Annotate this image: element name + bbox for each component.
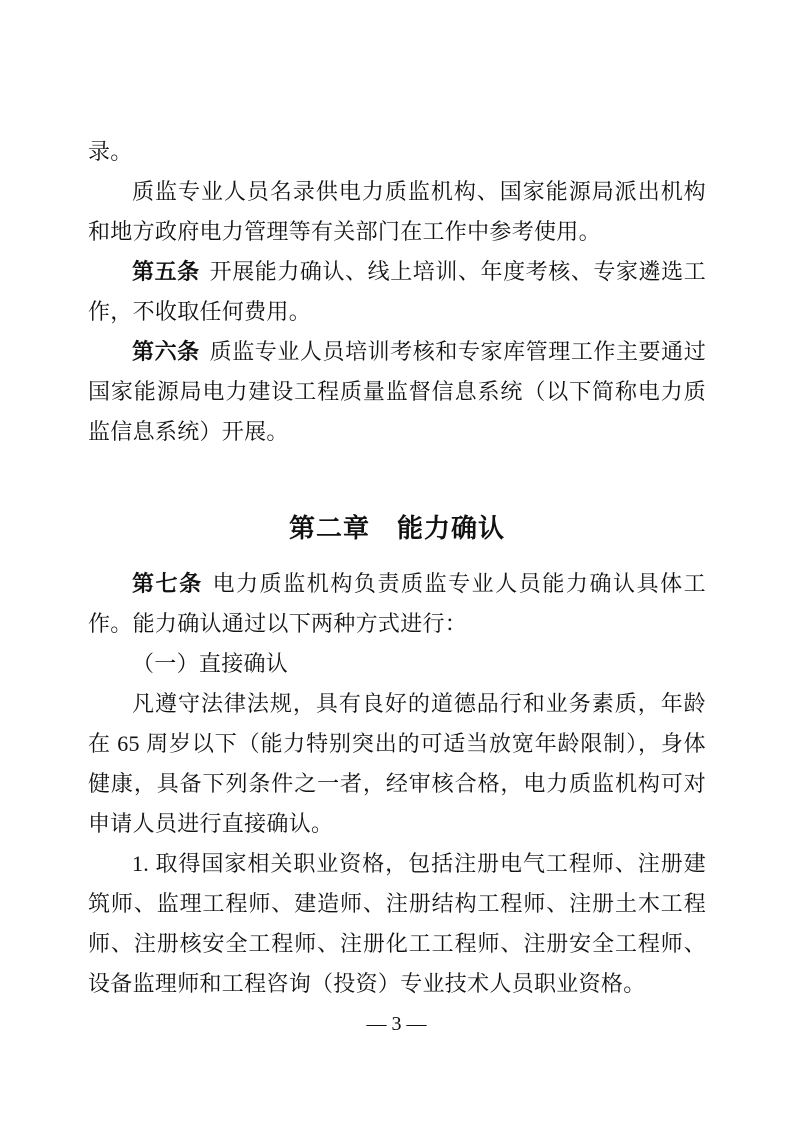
paragraph-continuation: 录。 (88, 132, 706, 172)
paragraph-text: 1. 取得国家相关职业资格，包括注册电气工程师、注册建筑师、监理工程师、建造师、… (88, 851, 706, 996)
article-number: 第六条 (132, 339, 200, 364)
paragraph-text: （一）直接确认 (132, 651, 288, 676)
paragraph-text: 录。 (88, 139, 133, 164)
paragraph: 凡遵守法律法规，具有良好的道德品行和业务素质，年龄在 65 周岁以下（能力特别突… (88, 684, 706, 844)
document-body: 录。 质监专业人员名录供电力质监机构、国家能源局派出机构和地方政府电力管理等有关… (88, 132, 706, 1004)
paragraph-article-6: 第六条质监专业人员培训考核和专家库管理工作主要通过国家能源局电力建设工程质量监督… (88, 332, 706, 452)
paragraph-text: 凡遵守法律法规，具有良好的道德品行和业务素质，年龄在 65 周岁以下（能力特别突… (88, 691, 706, 836)
chapter-heading: 第二章 能力确认 (88, 508, 706, 548)
paragraph-article-7: 第七条电力质监机构负责质监专业人员能力确认具体工作。能力确认通过以下两种方式进行… (88, 564, 706, 644)
page-footer: — 3 — (0, 1010, 793, 1038)
document-page: 录。 质监专业人员名录供电力质监机构、国家能源局派出机构和地方政府电力管理等有关… (0, 0, 793, 1122)
paragraph: 质监专业人员名录供电力质监机构、国家能源局派出机构和地方政府电力管理等有关部门在… (88, 172, 706, 252)
paragraph-item-1: （一）直接确认 (88, 644, 706, 684)
article-number: 第五条 (132, 259, 200, 284)
paragraph-text: 质监专业人员名录供电力质监机构、国家能源局派出机构和地方政府电力管理等有关部门在… (88, 179, 706, 244)
paragraph-article-5: 第五条开展能力确认、线上培训、年度考核、专家遴选工作，不收取任何费用。 (88, 252, 706, 332)
page-number: — 3 — (367, 1013, 427, 1035)
paragraph-numbered-1: 1. 取得国家相关职业资格，包括注册电气工程师、注册建筑师、监理工程师、建造师、… (88, 844, 706, 1004)
article-number: 第七条 (132, 571, 203, 596)
